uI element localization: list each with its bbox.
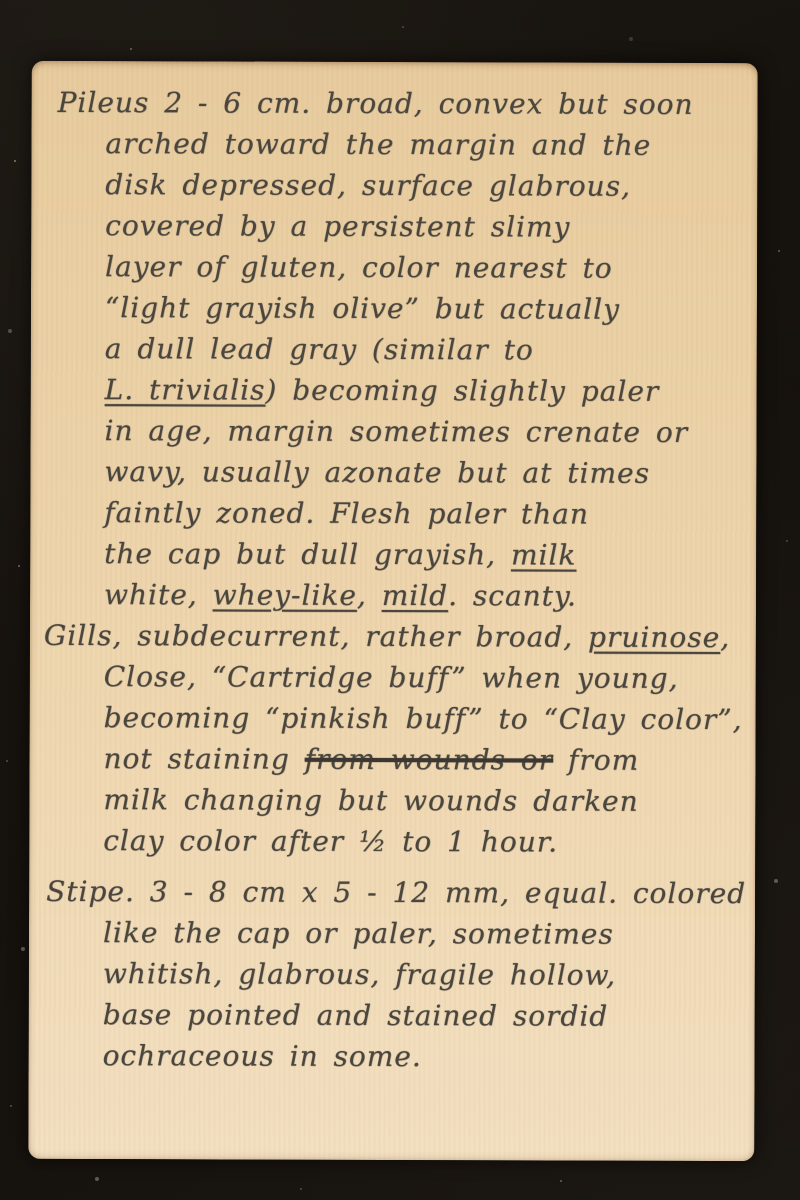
paragraph-gills: Gills, subdecurrent, rather broad, pruin… <box>29 615 756 863</box>
handwritten-line: Pileus 2 - 6 cm. broad, convex but soon <box>32 82 758 125</box>
text-segment: milk changing but wounds darken <box>103 783 638 818</box>
text-segment: , <box>720 621 730 654</box>
index-card: Pileus 2 - 6 cm. broad, convex but soon … <box>28 61 757 1161</box>
handwritten-line: base pointed and stained sordid <box>29 994 755 1037</box>
handwritten-line: Gills, subdecurrent, rather broad, pruin… <box>30 615 756 658</box>
handwritten-line: white, whey-like, mild. scanty. <box>30 574 756 617</box>
text-segment: Close, “Cartridge buff” when young, <box>104 660 679 695</box>
text-segment-struck: from wounds or <box>305 743 553 777</box>
text-segment: whitish, glabrous, fragile hollow, <box>103 957 616 992</box>
handwritten-line: clay color after ½ to 1 hour. <box>29 820 755 863</box>
handwritten-line: the cap but dull grayish, milk <box>30 533 756 576</box>
text-segment-underlined: whey-like <box>213 578 357 611</box>
text-segment: covered by a persistent slimy <box>105 209 570 243</box>
text-segment: in age, margin sometimes crenate or <box>105 414 689 449</box>
dust-specks <box>0 0 2 2</box>
text-segment: Gills, subdecurrent, rather broad, <box>44 619 588 654</box>
text-segment: layer of gluten, color nearest to <box>105 250 613 285</box>
text-segment: . scanty. <box>448 579 577 612</box>
handwritten-line: disk depressed, surface glabrous, <box>31 164 757 207</box>
handwritten-line: like the cap or paler, sometimes <box>29 912 755 955</box>
text-segment: Stipe. 3 - 8 cm x 5 - 12 mm, equal. colo… <box>46 875 746 910</box>
text-segment: like the cap or paler, sometimes <box>103 916 614 951</box>
text-segment-underlined: milk <box>511 538 577 571</box>
handwritten-line: Close, “Cartridge buff” when young, <box>30 656 756 699</box>
text-segment: the cap but dull grayish, <box>104 537 511 571</box>
text-segment: becoming “pinkish buff” to “Clay color”, <box>104 701 743 736</box>
text-segment: , <box>357 579 382 612</box>
text-segment: white, <box>104 578 213 611</box>
text-segment: arched toward the margin and the <box>105 127 651 162</box>
handwritten-line: L. trivialis) becoming slightly paler <box>31 369 757 412</box>
handwritten-line: ochraceous in some. <box>29 1035 755 1078</box>
handwritten-line: in age, margin sometimes crenate or <box>31 410 757 453</box>
paragraph-stipe: Stipe. 3 - 8 cm x 5 - 12 mm, equal. colo… <box>29 871 756 1078</box>
text-segment: a dull lead gray (similar to <box>105 332 534 366</box>
text-segment: disk depressed, surface glabrous, <box>105 168 631 203</box>
text-segment: wavy, usually azonate but at times <box>104 455 650 490</box>
handwritten-line: wavy, usually azonate but at times <box>30 451 756 494</box>
handwritten-line: layer of gluten, color nearest to <box>31 246 757 289</box>
text-segment-underlined: L. trivialis <box>105 373 266 407</box>
text-segment: clay color after ½ to 1 hour. <box>103 824 558 858</box>
handwritten-line: whitish, glabrous, fragile hollow, <box>29 953 755 996</box>
text-segment: ) becoming slightly paler <box>265 374 659 408</box>
handwritten-line: not staining from wounds or from <box>29 738 755 781</box>
text-segment: base pointed and stained sordid <box>103 998 609 1033</box>
handwritten-line: milk changing but wounds darken <box>29 779 755 822</box>
handwritten-line: faintly zoned. Flesh paler than <box>30 492 756 535</box>
text-segment-underlined: mild <box>382 579 448 612</box>
text-segment-underlined: pruinose <box>588 621 720 654</box>
text-segment: faintly zoned. Flesh paler than <box>104 496 589 531</box>
photo-background: Pileus 2 - 6 cm. broad, convex but soon … <box>0 0 800 1200</box>
paragraph-pileus: Pileus 2 - 6 cm. broad, convex but soon … <box>30 82 758 617</box>
handwritten-line: becoming “pinkish buff” to “Clay color”, <box>30 697 756 740</box>
text-segment: ochraceous in some. <box>103 1039 422 1073</box>
handwritten-line: covered by a persistent slimy <box>31 205 757 248</box>
text-segment: Pileus 2 - 6 cm. broad, convex but soon <box>58 86 694 121</box>
handwritten-line: Stipe. 3 - 8 cm x 5 - 12 mm, equal. colo… <box>29 871 755 914</box>
handwritten-line: “light grayish olive” but actually <box>31 287 757 330</box>
handwritten-line: a dull lead gray (similar to <box>31 328 757 371</box>
text-segment: “light grayish olive” but actually <box>105 291 620 326</box>
text-segment: from <box>553 744 639 777</box>
handwritten-line: arched toward the margin and the <box>31 123 757 166</box>
text-segment: not staining <box>103 742 304 776</box>
